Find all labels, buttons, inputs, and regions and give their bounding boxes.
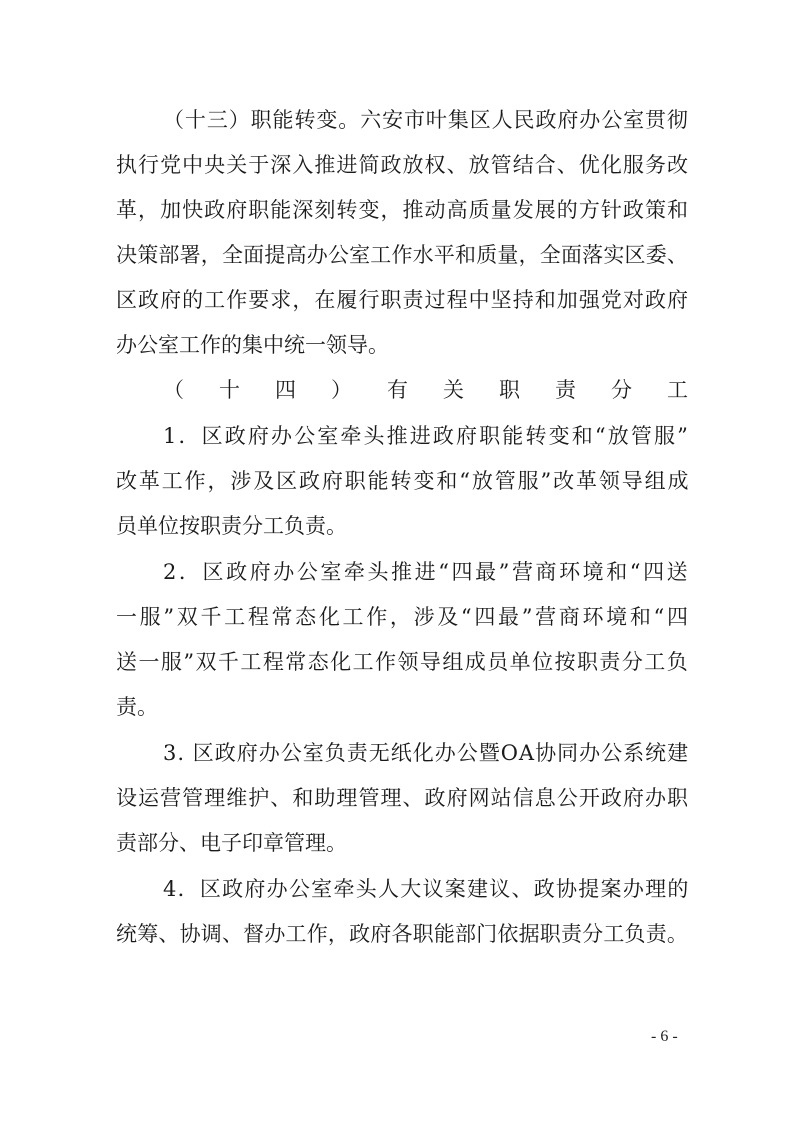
page-number: - 6 - (651, 1028, 678, 1046)
text-line: 送一服”双千工程常态化工作领导组成员单位按职责分工负 (116, 647, 689, 677)
text-line: 决策部署，全面提高办公室工作水平和质量，全面落实区委、 (116, 240, 688, 270)
text-line: 改革工作，涉及区政府职能转变和“放管服”改革领导组成 (116, 466, 690, 496)
section-13-heading-line: （十三）职能转变。六安市叶集区人民政府办公室贯彻 (163, 105, 689, 135)
item-2-line: 2．区政府办公室牵头推进“四最”营商环境和“四送 (163, 557, 690, 587)
text-line: 设运营管理维护、和助理管理、政府网站信息公开政府办职 (116, 783, 689, 813)
item-3-line: 3. 区政府办公室负责无纸化办公暨OA协同办公系统建 (163, 738, 689, 768)
text-line: 一服”双千工程常态化工作，涉及“四最”营商环境和“四 (116, 602, 691, 632)
section-14-heading: （十四）有关职责分工 (163, 375, 723, 405)
text-line: 区政府的工作要求，在履行职责过程中坚持和加强党对政府 (116, 285, 689, 315)
text-line: 员单位按职责分工负责。 (116, 511, 347, 541)
item-4-line: 4．区政府办公室牵头人大议案建议、政协提案办理的 (163, 874, 690, 904)
text-line: 统筹、协调、督办工作，政府各职能部门依据职责分工负责。 (116, 919, 688, 949)
document-page: （十三）职能转变。六安市叶集区人民政府办公室贯彻 执行党中央关于深入推进简政放权… (0, 0, 793, 1122)
text-line: 革，加快政府职能深刻转变，推动高质量发展的方针政策和 (116, 195, 689, 225)
text-line: 办公室工作的集中统一领导。 (116, 330, 389, 360)
text-line: 执行党中央关于深入推进简政放权、放管结合、优化服务改 (116, 150, 689, 180)
item-1-line: 1．区政府办公室牵头推进政府职能转变和“放管服” (163, 421, 690, 451)
text-line: 责部分、电子印章管理。 (116, 828, 347, 858)
text-line: 责。 (116, 692, 158, 722)
